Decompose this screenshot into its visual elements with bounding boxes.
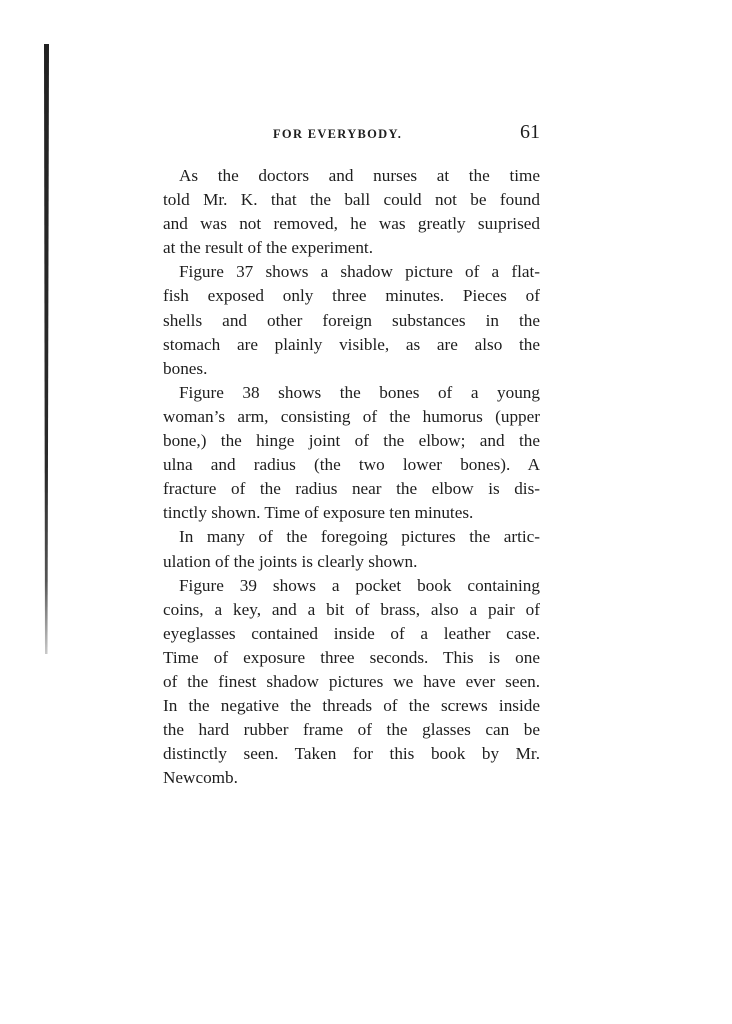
paragraph-1: As the doctors and nurses at the time to… [147, 164, 540, 260]
paragraph-4: In many of the foregoing pictures the ar… [147, 525, 540, 573]
text-line: bones. [147, 357, 540, 381]
text-line: the hard rubber frame of the glasses can… [147, 718, 540, 742]
text-line: distinctly seen. Taken for this book by … [147, 742, 540, 766]
paragraph-2: Figure 37 shows a shadow picture of a fl… [147, 260, 540, 380]
page-binding-edge [44, 44, 49, 654]
text-line: ulation of the joints is clearly shown. [147, 550, 540, 574]
text-line: eyeglasses contained inside of a leather… [147, 622, 540, 646]
text-line: stomach are plainly visible, as are also… [147, 333, 540, 357]
page-number: 61 [520, 120, 540, 144]
text-line: bone,) the hinge joint of the elbow; and… [147, 429, 540, 453]
text-line: told Mr. K. that the ball could not be f… [147, 188, 540, 212]
text-line: Figure 39 shows a pocket book containing [147, 574, 540, 598]
text-line: woman’s arm, consisting of the humorus (… [147, 405, 540, 429]
running-head: FOR EVERYBODY. 61 [147, 122, 540, 146]
text-line: In many of the foregoing pictures the ar… [147, 525, 540, 549]
text-line: In the negative the threads of the screw… [147, 694, 540, 718]
text-line: tinctly shown. Time of exposure ten minu… [147, 501, 540, 525]
body-text: As the doctors and nurses at the time to… [147, 164, 540, 790]
text-line: and was not removed, he was greatly suıp… [147, 212, 540, 236]
text-line: ulna and radius (the two lower bones). A [147, 453, 540, 477]
text-line: Figure 37 shows a shadow picture of a fl… [147, 260, 540, 284]
text-line: coins, a key, and a bit of brass, also a… [147, 598, 540, 622]
text-line: of the finest shadow pictures we have ev… [147, 670, 540, 694]
text-line: Newcomb. [147, 766, 540, 790]
running-title: FOR EVERYBODY. [273, 122, 402, 146]
text-line: fracture of the radius near the elbow is… [147, 477, 540, 501]
text-line: at the result of the experiment. [147, 236, 540, 260]
text-line: Figure 38 shows the bones of a young [147, 381, 540, 405]
paragraph-3: Figure 38 shows the bones of a young wom… [147, 381, 540, 526]
text-line: Time of exposure three seconds. This is … [147, 646, 540, 670]
paragraph-5: Figure 39 shows a pocket book containing… [147, 574, 540, 791]
text-line: shells and other foreign substances in t… [147, 309, 540, 333]
text-line: As the doctors and nurses at the time [147, 164, 540, 188]
text-line: fish exposed only three minutes. Pieces … [147, 284, 540, 308]
